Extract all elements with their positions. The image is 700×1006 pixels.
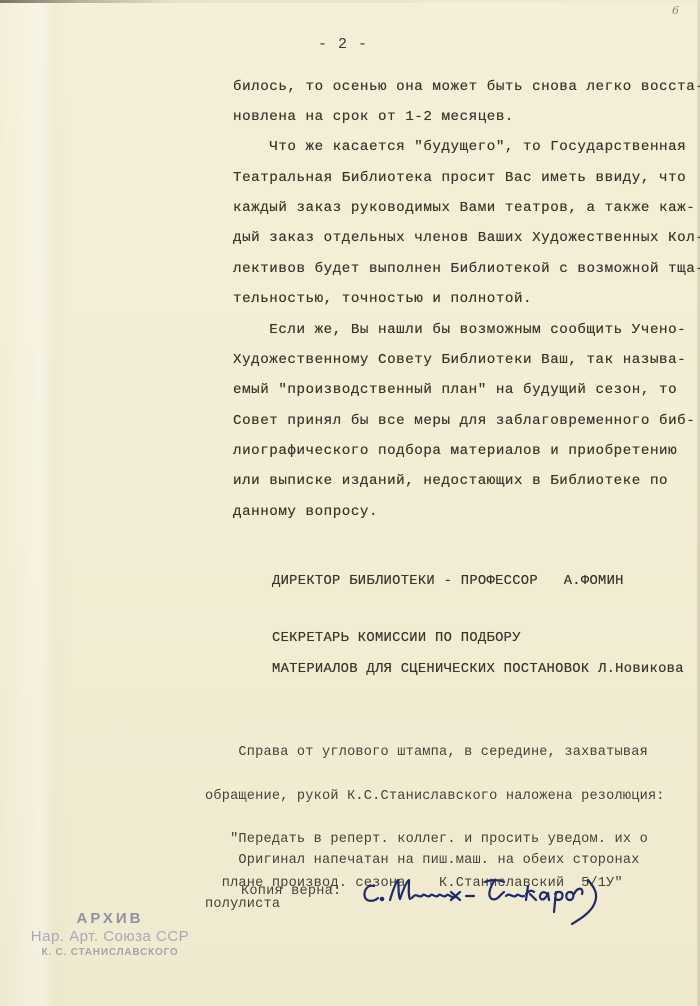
archival-note-line: обращение, рукой К.С.Станиславского нало… [205, 790, 665, 805]
body-line: емый "производственный план" на будущий … [233, 382, 677, 398]
secretary-signature-line-2: МАТЕРИАЛОВ ДЛЯ СЦЕНИЧЕСКИХ ПОСТАНОВОК Л.… [272, 662, 684, 677]
signature-ink-icon [360, 868, 640, 928]
page-number: - 2 - [318, 36, 368, 53]
handwritten-signature: С. Мелик-Захаров [360, 868, 640, 928]
body-line: лективов будет выполнен Библиотекой с во… [233, 261, 700, 277]
paper-top-edge [0, 0, 700, 3]
stamp-line-3: К. С. СТАНИСЛАВСКОГО [20, 947, 200, 958]
body-line: Что же касается "будущего", то Государст… [233, 139, 686, 155]
copy-certification-label: Копия верна: [241, 885, 341, 900]
archive-stamp: АРХИВ Нар. Арт. Союза ССР К. С. СТАНИСЛА… [20, 910, 200, 958]
body-line: новлена на срок от 1-2 месяцев. [233, 109, 514, 125]
body-line: Художественному Совету Библиотеки Ваш, т… [233, 352, 686, 368]
body-line: тельностью, точностью и полнотой. [233, 291, 532, 307]
body-line: билось, то осенью она может быть снова л… [233, 79, 700, 95]
body-line: Совет принял бы все меры для заблаговрем… [233, 413, 695, 429]
body-line: каждый заказ руководимых Вами театров, а… [233, 200, 695, 216]
original-note-line: Оригинал напечатан на пиш.маш. на обеих … [205, 854, 640, 869]
stamp-title: АРХИВ [20, 910, 200, 927]
secretary-signature-line-1: СЕКРЕТАРЬ КОМИССИИ ПО ПОДБОРУ [272, 631, 521, 646]
director-signature-line: ДИРЕКТОР БИБЛИОТЕКИ - ПРОФЕССОР А.ФОМИН [272, 574, 624, 589]
archival-note-line: Справа от углового штампа, в середине, з… [205, 746, 665, 761]
stamp-line-2: Нар. Арт. Союза ССР [20, 928, 200, 945]
body-line: лиографического подбора материалов и при… [233, 443, 677, 459]
archive-sheet-number: 6 [672, 4, 679, 17]
body-line: Если же, Вы нашли бы возможным сообщить … [233, 322, 686, 338]
body-line: или выписке изданий, недостающих в Библи… [233, 473, 668, 489]
body-line: Театральная Библиотека просит Вас иметь … [233, 170, 686, 186]
body-line: дый заказ отдельных членов Ваших Художес… [233, 230, 700, 246]
body-line: данному вопросу. [233, 504, 378, 520]
